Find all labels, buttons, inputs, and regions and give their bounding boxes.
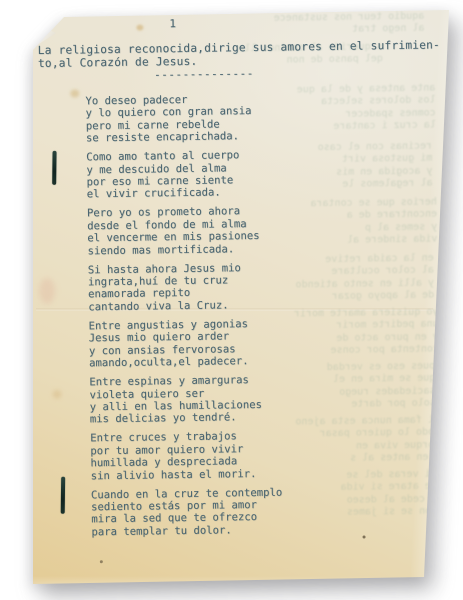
stanza: Cuando en la cruz te contemplosediento e… [91,486,283,538]
stain-speck [363,536,366,539]
poem-line: para templar tu dolor. [91,523,282,538]
poem-line: se resiste encaprichada. [86,130,277,145]
stain-spot [70,89,79,97]
poem-line: cantando viva la Cruz. [88,299,279,314]
poem: Yo deseo padecery lo quiero con gran ans… [85,93,283,545]
paper-shadow: aqudio teur nos sustanece al nego trats … [0,0,463,600]
scan-background: aqudio teur nos sustanece al nego trats … [0,0,463,600]
stain-spot [136,25,143,31]
bleedthrough-text-block: herios que se contara encontrare de a y … [252,196,438,248]
poem-line: mis delicias yo tendré. [90,411,281,426]
stanza: Pero yo os prometo ahoradesde el fondo d… [87,205,279,257]
stanza: Yo deseo padecery lo quiero con gran ans… [85,93,277,145]
margin-pen-mark [52,151,56,185]
bleedthrough-text-block: ante antesa y de la que los dolores sele… [250,82,436,134]
bleedthrough-text-block: al fama nunca esta ajeno todo lo quiero … [255,414,441,466]
bleedthrough-text-block: yo quisiera amarte morir una pedirte mor… [253,306,439,358]
bleedthrough-text-block: aqudio teur nos sustanece al nego trat [239,11,424,38]
poem-line: el vivir crucificada. [87,186,278,201]
stanza: Si hasta ahora Jesus mioingrata,huí de t… [88,261,280,313]
title-underline: -------------- [154,67,254,81]
poem-line: amando,oculta,el padecer. [89,355,280,370]
page-number: 1 [169,17,176,30]
document-page: aqudio teur nos sustanece al nego trats … [0,0,463,600]
stanza: Entre espinas y amargurasvioleta quiero … [89,374,281,426]
margin-pen-mark [61,477,65,514]
stain-speck [100,560,103,563]
page-content: aqudio teur nos sustanece al nego trats … [0,0,463,600]
poem-line: siendo mas mortificada. [87,242,278,257]
stain-spot [39,278,55,304]
poem-line: y lo quiero con gran ansia [86,105,277,120]
stanza: Como amo tanto al cuerpoy me descuido de… [86,149,278,201]
poem-line: sin alivio hasta el morir. [91,467,282,482]
margin-marks-layer [0,0,462,1]
stanza: Entre angustias y agoniasJesus mio quier… [88,318,280,370]
poem-line: el vencerme en mis pasiones [87,230,278,245]
bleedthrough-layer: aqudio teur nos sustanece al nego trats … [0,0,462,1]
stanza: Entre cruces y trabajospor tu amor quier… [90,430,282,482]
stain-spot [52,390,61,399]
